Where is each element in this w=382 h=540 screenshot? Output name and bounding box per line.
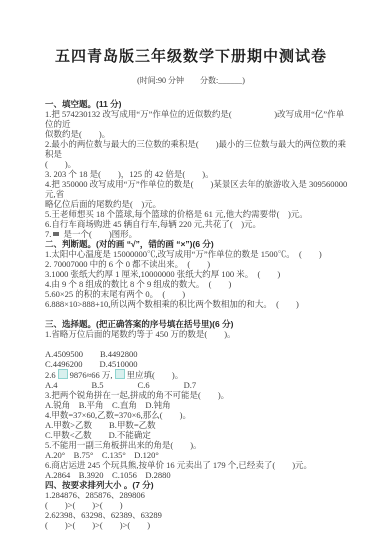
answer-box-icon — [115, 369, 125, 379]
document-line: ( )>( )>( ) — [45, 500, 350, 510]
answer-box-icon — [58, 369, 68, 379]
text-segment: 9876≈66 万, — [70, 370, 113, 380]
document-line: 1.284876、285876、289806 — [45, 490, 350, 500]
document-line: 2.69876≈66 万,里应填( )。 — [45, 369, 350, 380]
test-paper-page: 五四青岛版三年级数学下册期中测试卷 (时间:90 分钟 分数:______) 一… — [0, 0, 382, 540]
document-line: 2. 70007000 中的 6 个 0 都不读出来。 ( ) — [45, 259, 350, 269]
document-line: C.4496200 D.4510000 — [45, 359, 350, 369]
document-line: 1.省略万位后面的尾数约等于 450 万的数是( )。 — [45, 329, 350, 339]
document-line: A.2864 B.3920 C.1056 D.2880 — [45, 470, 350, 480]
document-line: 1.太阳中心温度是 15000000℃,改写成用“万”作单位的数是 1500℃。… — [45, 249, 350, 259]
document-line: 4.把 350000 改写成用“万”作单位的数是( )某景区去年的旅游收入是 3… — [45, 179, 350, 199]
paper-header: 五四青岛版三年级数学下册期中测试卷 (时间:90 分钟 分数:______) — [0, 0, 382, 86]
section-header: 一、填空题。(11 分) — [45, 99, 350, 109]
document-line: 3.把两个锐角拼在一起,拼成的角不可能是( )。 — [45, 390, 350, 400]
document-line: 2.62398、63298、62389、63289 — [45, 510, 350, 520]
text-segment: 是一个( )图形。 — [61, 229, 137, 239]
document-line: 5.不能用一副三角板拼出来的角是( )。 — [45, 440, 350, 450]
document-line: ( )>( )>( )>( ) — [45, 520, 350, 530]
document-line: ( )。 — [45, 159, 350, 169]
document-line: 6.888×10>888+10,所以两个数相乘的积比两个数相加的和大。 ( ) — [45, 299, 350, 309]
small-shape-icon — [53, 232, 59, 236]
blank-line — [45, 339, 350, 349]
text-segment: 7. — [45, 229, 51, 239]
document-line: A.20° B.75° C.135° D.120° — [45, 450, 350, 460]
document-line: 3.1000 张纸大约厚 1 厘米,10000000 张纸大约厚 100 米。 … — [45, 269, 350, 279]
paper-title: 五四青岛版三年级数学下册期中测试卷 — [0, 45, 382, 66]
document-line: 5.60×25 的积的末尾有两个 0。 ( ) — [45, 289, 350, 299]
section-header: 四、按要求排列大小 。(7 分) — [45, 480, 350, 490]
document-line: 似数约是( )。 — [45, 129, 350, 139]
section-header: 三、选择题。(把正确答案的序号填在括号里)(6 分) — [45, 319, 350, 329]
document-line: A.锐角 B.平角 C.直角 D.钝角 — [45, 400, 350, 410]
document-line: 4.由 9 个 8 组成的数比 8 个 9 组成的数大。 ( ) — [45, 279, 350, 289]
blank-line — [45, 309, 350, 319]
document-line: A.4509500 B.4492800 — [45, 349, 350, 359]
paper-meta: (时间:90 分钟 分数:______) — [0, 75, 382, 86]
section-header: 二、判断题。(对的画 “√”，错的画 “×”)(6 分) — [45, 239, 350, 249]
document-content: 一、填空题。(11 分)1.把 574230132 改写成用“万”作单位的近似数… — [0, 99, 382, 530]
document-line: 6.自行车商场购进 45 辆自行车,每辆 220 元,共花了( )元。 — [45, 219, 350, 229]
document-line: 5.王老师想买 18 个篮球,每个篮球的价格是 61 元,他大约需要带( )元。 — [45, 209, 350, 219]
document-line: 3. 203 个 18 是( )，125 的 42 倍是( )。 — [45, 169, 350, 179]
text-segment: 里应填( )。 — [127, 370, 184, 380]
document-line: C.甲数<乙数 D.不能确定 — [45, 430, 350, 440]
text-segment: 2.6 — [45, 370, 56, 380]
document-line: 6.商店运进 245 个玩具熊,按单价 16 元卖出了 179 个,已经卖了( … — [45, 460, 350, 470]
document-line: 7. 是一个( )图形。 — [45, 229, 350, 239]
document-line: 2.最小的两位数与最大的三位数的乘积是( )最小的三位数与最大的两位数的乘积是 — [45, 139, 350, 159]
document-line: 略亿位后面的尾数约是( )元。 — [45, 199, 350, 209]
document-line: 1.把 574230132 改写成用“万”作单位的近似数约是( )改写成用“亿”… — [45, 109, 350, 129]
document-line: A.甲数>乙数 B.甲数=乙数 — [45, 420, 350, 430]
document-line: 4.甲数=37×60,乙数=370×6,那么( )。 — [45, 410, 350, 420]
document-line: A.4 B.5 C.6 D.7 — [45, 380, 350, 390]
